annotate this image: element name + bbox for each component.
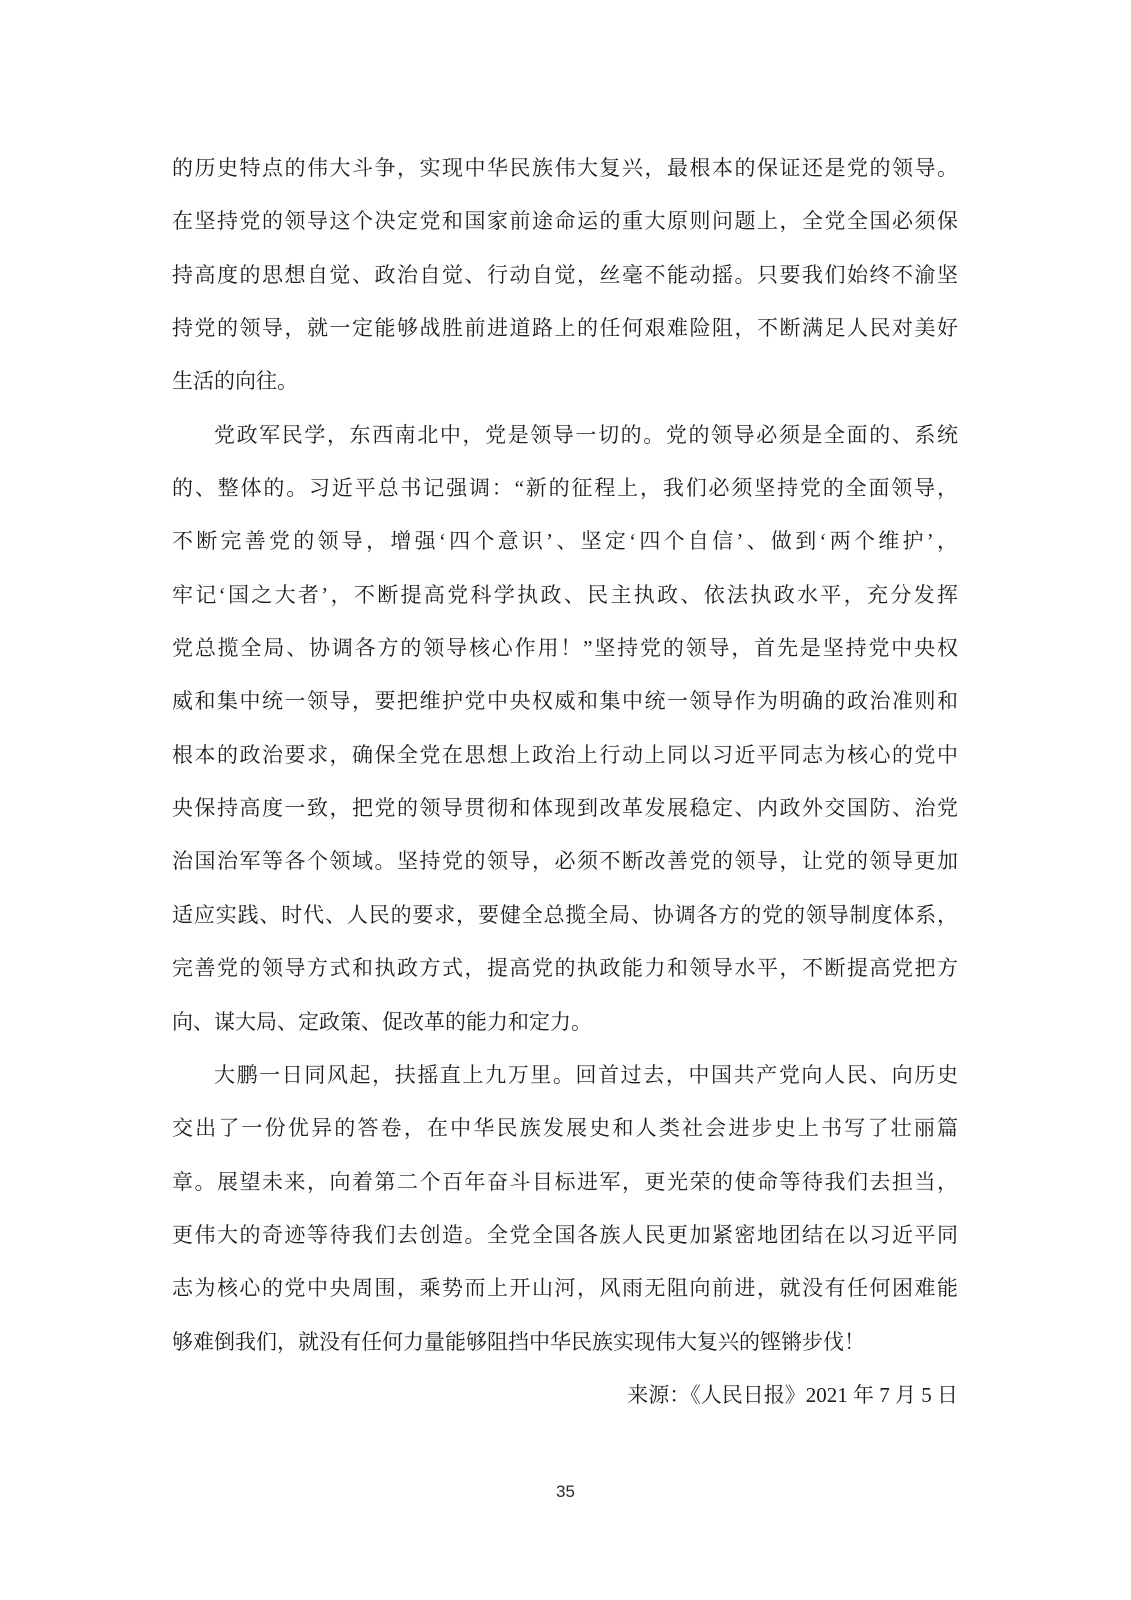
paragraph: 党政军民学，东西南北中，党是领导一切的。党的领导必须是全面的、系统的、整体的。习… <box>172 409 958 1049</box>
text-line: 治国治军等各个领域。坚持党的领导，必须不断改善党的领导，让党的领导更加 <box>172 835 958 888</box>
paragraphs-container: 的历史特点的伟大斗争，实现中华民族伟大复兴，最根本的保证还是党的领导。在坚持党的… <box>172 142 958 1369</box>
text-line: 志为核心的党中央周围，乘势而上开山河，风雨无阻向前进，就没有任何困难能 <box>172 1262 958 1315</box>
document-body: 的历史特点的伟大斗争，实现中华民族伟大复兴，最根本的保证还是党的领导。在坚持党的… <box>172 142 958 1422</box>
text-line: 够难倒我们，就没有任何力量能够阻挡中华民族实现伟大复兴的铿锵步伐！ <box>172 1316 958 1369</box>
text-line: 完善党的领导方式和执政方式，提高党的执政能力和领导水平，不断提高党把方 <box>172 942 958 995</box>
text-line: 牢记‘国之大者’，不断提高党科学执政、民主执政、依法执政水平，充分发挥 <box>172 569 958 622</box>
text-line: 大鹏一日同风起，扶摇直上九万里。回首过去，中国共产党向人民、向历史 <box>172 1049 958 1102</box>
text-line: 威和集中统一领导，要把维护党中央权威和集中统一领导作为明确的政治准则和 <box>172 675 958 728</box>
text-line: 交出了一份优异的答卷，在中华民族发展史和人类社会进步史上书写了壮丽篇 <box>172 1102 958 1155</box>
text-line: 持党的领导，就一定能够战胜前进道路上的任何艰难险阻，不断满足人民对美好 <box>172 302 958 355</box>
text-line: 适应实践、时代、人民的要求，要健全总揽全局、协调各方的党的领导制度体系， <box>172 889 958 942</box>
text-line: 在坚持党的领导这个决定党和国家前途命运的重大原则问题上，全党全国必须保 <box>172 195 958 248</box>
page-number: 35 <box>0 1480 1131 1504</box>
text-line: 党总揽全局、协调各方的领导核心作用！”坚持党的领导，首先是坚持党中央权 <box>172 622 958 675</box>
text-line: 的历史特点的伟大斗争，实现中华民族伟大复兴，最根本的保证还是党的领导。 <box>172 142 958 195</box>
document-page: { "document": { "paragraphs": [ { "inden… <box>0 0 1131 1600</box>
text-line: 章。展望未来，向着第二个百年奋斗目标进军，更光荣的使命等待我们去担当， <box>172 1156 958 1209</box>
text-line: 生活的向往。 <box>172 355 958 408</box>
text-line: 根本的政治要求，确保全党在思想上政治上行动上同以习近平同志为核心的党中 <box>172 729 958 782</box>
text-line: 持高度的思想自觉、政治自觉、行动自觉，丝毫不能动摇。只要我们始终不渝坚 <box>172 249 958 302</box>
text-line: 更伟大的奇迹等待我们去创造。全党全国各族人民更加紧密地团结在以习近平同 <box>172 1209 958 1262</box>
paragraph: 的历史特点的伟大斗争，实现中华民族伟大复兴，最根本的保证还是党的领导。在坚持党的… <box>172 142 958 409</box>
paragraph: 大鹏一日同风起，扶摇直上九万里。回首过去，中国共产党向人民、向历史交出了一份优异… <box>172 1049 958 1369</box>
text-line: 央保持高度一致，把党的领导贯彻和体现到改革发展稳定、内政外交国防、治党 <box>172 782 958 835</box>
source-citation: 来源：《人民日报》2021 年 7 月 5 日 <box>172 1369 958 1422</box>
text-line: 的、整体的。习近平总书记强调：“新的征程上，我们必须坚持党的全面领导， <box>172 462 958 515</box>
text-line: 不断完善党的领导，增强‘四个意识’、坚定‘四个自信’、做到‘两个维护’， <box>172 515 958 568</box>
text-line: 向、谋大局、定政策、促改革的能力和定力。 <box>172 996 958 1049</box>
text-line: 党政军民学，东西南北中，党是领导一切的。党的领导必须是全面的、系统 <box>172 409 958 462</box>
